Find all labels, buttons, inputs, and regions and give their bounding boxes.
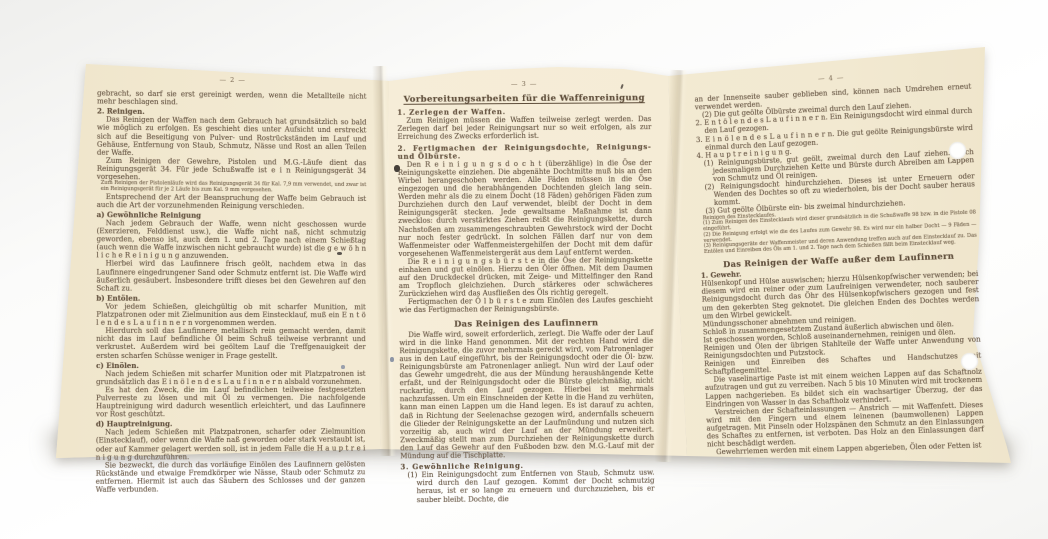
ink-speck [394,165,400,172]
punch-hole [949,142,966,159]
page-number: — 3 — [397,79,651,89]
text-block: Das Reinigen der Waffen nach dem Gebrauc… [97,116,367,159]
text-block: Zum Reinigen müssen die Waffen teilweise… [397,115,651,141]
text-block: (1) Ein Reinigungsdocht zum Entfernen vo… [400,469,654,504]
text-block: c) Einölen. [96,362,366,370]
photo-backdrop: — 2 — gebracht, so darf sie erst gereini… [0,0,1048,539]
text-block: Das Reinigen des Laufinnern [399,317,653,327]
text-block: gebracht, so darf sie erst gereinigt wer… [97,89,367,108]
text-block: Fertigmachen der Ö l b ü r s t e zum Ein… [399,296,653,314]
page-3-text-column: — 3 — Vorbereitungsarbeiten für die Waff… [397,79,655,504]
page-4-body: an der Innenseite sauber geblieben sind,… [694,83,984,457]
punch-hole [961,353,978,370]
text-block: Nach jedem Schießen mit Platzpatronen, s… [96,428,366,461]
ink-speck [390,357,394,362]
text-block: Vor jedem Schießen, gleichgültig ob mit … [96,303,366,328]
text-block: Nach jedem Gebrauch der Waffe, wenn nich… [96,219,366,261]
page-2-text-column: — 2 — gebracht, so darf sie erst gereini… [96,74,367,494]
text-block: Hierbei wird das Laufinnere frisch geölt… [96,260,366,293]
text-block: Den R e i n i g u n g s d o c h t (überz… [398,159,653,258]
text-block: Die R e i n i g u n g s b ü r s t e in d… [399,256,653,299]
text-block: Sie bezweckt, die durch das vorläufige E… [96,460,366,494]
text-block: Hierdurch soll das Laufinnere metallisch… [96,327,366,360]
text-block: Es hat den Zweck, die im Lauf befindlich… [96,386,366,419]
text-block: 2. Fertigmachen der Reinigungsdochte, Re… [398,143,652,161]
ink-speck [337,252,342,255]
page-4-text-column: — 4 — an der Innenseite sauber geblieben… [694,67,985,456]
text-block: Entsprechend der Art der Beanspruchung d… [97,193,367,211]
page-2-body: gebracht, so darf sie erst gereinigt wer… [96,89,367,494]
text-block: Vorbereitungsarbeiten für die Waffenrein… [397,94,651,104]
page-3-body: Vorbereitungsarbeiten für die Waffenrein… [397,94,655,504]
ink-speck [341,365,345,369]
text-block: Nach jedem Schießen mit scharfer Munitio… [96,370,366,386]
text-block: Die Waffe wird, soweit erforderlich, zer… [399,328,654,460]
